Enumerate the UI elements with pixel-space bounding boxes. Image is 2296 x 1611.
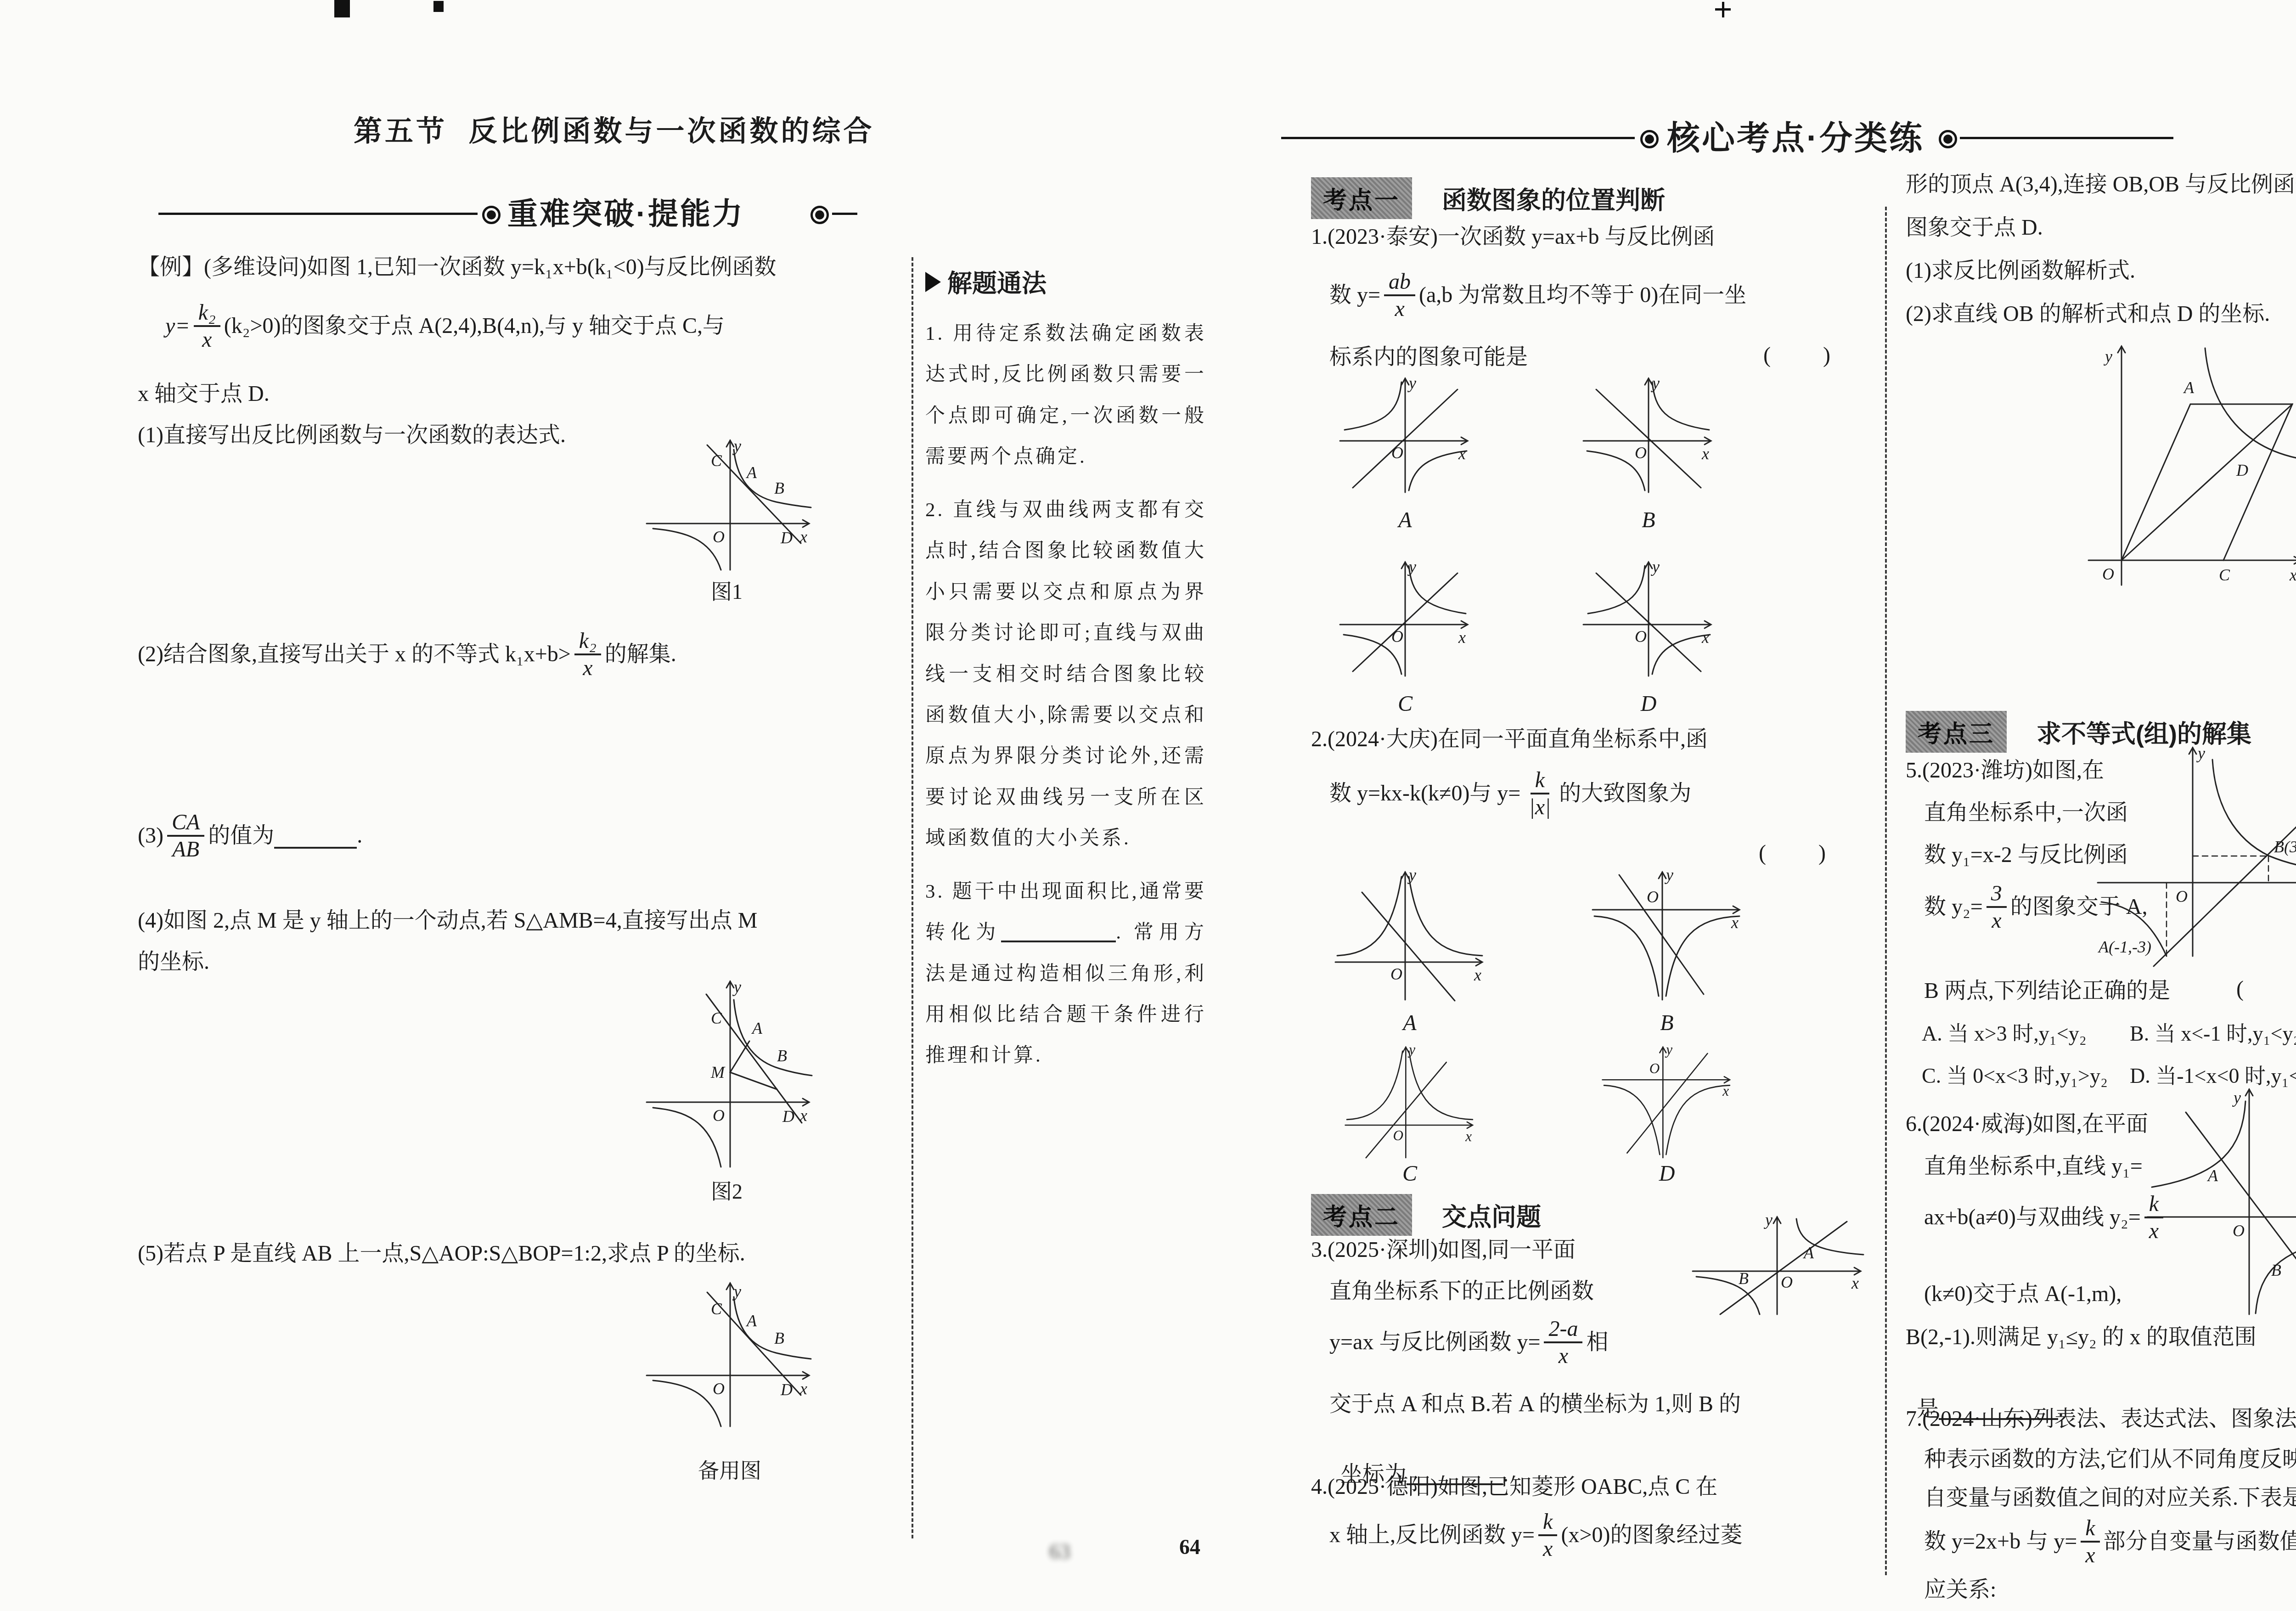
axis-y-label: y bbox=[1665, 1042, 1672, 1058]
scan-mark bbox=[1722, 2, 1724, 17]
problem-3-line: 直角坐标系下的正比例函数 bbox=[1329, 1278, 1594, 1305]
problem-1-answer-paren: ( ) bbox=[1763, 342, 1831, 369]
method-item-3-text-cont: . 常用方法是通过构造相似三角形,利用相似比结合题干条件进行推理和计算. bbox=[925, 922, 1206, 1066]
axis-y-label: y bbox=[732, 437, 741, 455]
topic-badge-2: 考点二 bbox=[1311, 1194, 1412, 1236]
problem-2-line: 数 y=kx-k(k≠0)与 y=k|x|的大致图象为 bbox=[1329, 757, 1691, 830]
math-post: 的大致图象为 bbox=[1559, 780, 1691, 807]
point-d-label: D bbox=[782, 1107, 794, 1126]
p1-option-b-label: B bbox=[1603, 507, 1694, 533]
answer-blank bbox=[274, 823, 357, 849]
example-question-3: (3)CAAB的值为. bbox=[138, 799, 362, 873]
column-divider bbox=[912, 257, 913, 1538]
band-title-left: 重难突破·提能力 bbox=[507, 195, 744, 233]
p2-option-d-label: D bbox=[1621, 1161, 1713, 1186]
problem-5-option-a: A. 当 x>3 时,y₁<y₂ bbox=[1922, 1020, 2087, 1047]
axis-x-label: x bbox=[1701, 628, 1709, 647]
p2-option-b-label: B bbox=[1621, 1010, 1713, 1036]
axis-y-label: y bbox=[1651, 558, 1660, 576]
p6-figure-graph: y A O x B bbox=[2144, 1079, 2296, 1318]
problem-4-sub-2: (2)求直线 OB 的解析式和点 D 的坐标. bbox=[1906, 300, 2270, 328]
band-ornament-icon bbox=[1640, 130, 1659, 148]
backup-figure-caption: 备用图 bbox=[698, 1454, 761, 1484]
section-title: 第五节 反比例函数与一次函数的综合 bbox=[354, 114, 874, 150]
axis-y-label: y bbox=[1764, 1211, 1773, 1229]
problem-4-line: x 轴上,反比例函数 y=kx(x>0)的图象经过菱 bbox=[1329, 1501, 1742, 1570]
example-line: x 轴交于点 D. bbox=[138, 380, 270, 408]
math-pre: 数 y=2x+b 与 y= bbox=[1924, 1528, 2077, 1555]
figure-2-caption: 图2 bbox=[711, 1175, 743, 1205]
answer-blank bbox=[1001, 917, 1116, 942]
problem-1-line: 标系内的图象可能是 bbox=[1329, 344, 1528, 371]
problem-6-line: (k≠0)交于点 A(-1,m), bbox=[1924, 1280, 2122, 1308]
fraction: kx bbox=[1538, 1509, 1557, 1561]
math-post: 部分自变量与函数值的对 bbox=[2104, 1528, 2296, 1555]
axis-x-label: x bbox=[2289, 566, 2296, 584]
fraction: k₂x bbox=[194, 300, 220, 352]
example-line: y=k₂x(k₂>0)的图象交于点 A(2,4),B(4,n),与 y 轴交于点… bbox=[165, 289, 725, 363]
example-question-4: (4)如图 2,点 M 是 y 轴上的一个动点,若 S△AMB=4,直接写出点 … bbox=[138, 907, 757, 935]
point-c-label: C bbox=[2219, 566, 2230, 584]
point-d-label: D bbox=[780, 1380, 793, 1399]
topic-title-1: 函数图象的位置判断 bbox=[1442, 181, 1665, 216]
axis-y-label: y bbox=[1407, 558, 1416, 576]
math-post: 相 bbox=[1586, 1329, 1608, 1356]
p1-option-a-label: A bbox=[1359, 507, 1451, 533]
q3-period: . bbox=[357, 822, 362, 850]
fraction: abx bbox=[1384, 269, 1415, 321]
axis-y-label: y bbox=[1407, 374, 1416, 392]
fraction: k₂x bbox=[574, 628, 601, 681]
origin-label: O bbox=[2102, 565, 2114, 583]
fraction: k|x| bbox=[1524, 767, 1555, 820]
origin-label: O bbox=[1781, 1273, 1793, 1291]
axis-y-label: y bbox=[732, 1282, 741, 1301]
axis-x-label: x bbox=[1701, 445, 1709, 463]
point-c-label: C bbox=[711, 1009, 722, 1027]
math-pre: 数 y=kx-k(k≠0)与 y= bbox=[1329, 780, 1520, 807]
axis-x-label: x bbox=[1851, 1274, 1859, 1292]
point-b-label: B bbox=[1739, 1269, 1749, 1288]
axis-y-label: y bbox=[1651, 374, 1660, 392]
problem-3-line: y=ax 与反比例函数 y=2-ax相 bbox=[1329, 1308, 1608, 1377]
math-pre: 数 y= bbox=[1329, 282, 1380, 309]
math-pre: y= bbox=[165, 312, 190, 340]
problem-2-line: 2.(2024·大庆)在同一平面直角坐标系中,函 bbox=[1311, 726, 1708, 753]
problem-2-answer-paren: ( ) bbox=[1759, 839, 1827, 867]
point-b-label: B bbox=[2271, 1261, 2281, 1279]
problem-6-line: 直角坐标系中,直线 y₁= bbox=[1924, 1153, 2143, 1180]
problem-5-option-c: C. 当 0<x<3 时,y₁>y₂ bbox=[1922, 1063, 2108, 1089]
method-header: 解题通法 bbox=[925, 264, 1206, 299]
origin-label: O bbox=[1635, 444, 1647, 462]
scan-mark bbox=[433, 1, 444, 12]
point-m-label: M bbox=[710, 1063, 726, 1082]
topic-badge-3: 考点三 bbox=[1906, 711, 2007, 753]
p2-option-c-label: C bbox=[1364, 1161, 1456, 1186]
math-pre: (2)结合图象,直接写出关于 x 的不等式 k₁x+b> bbox=[138, 641, 571, 668]
p2-option-b-graph: y O x bbox=[1589, 866, 1745, 1003]
p3-figure-graph: y A B O x bbox=[1690, 1212, 1869, 1318]
method-item-2: 2. 直线与双曲线两支都有交点时,结合图象比较函数值大小只需要以交点和原点为界限… bbox=[925, 490, 1206, 859]
band-rule-left bbox=[158, 213, 478, 215]
axis-x-label: x bbox=[799, 1380, 807, 1398]
p4-rhombus-figure: y A B D O C x bbox=[2085, 335, 2296, 592]
math-post: (a,b 为常数且均不等于 0)在同一坐 bbox=[1419, 282, 1746, 309]
figure-1-graph: y C A B O D x bbox=[643, 434, 817, 572]
problem-5-line: 5.(2023·潍坊)如图,在 bbox=[1906, 757, 2104, 784]
p1-option-a-graph: y O x bbox=[1336, 372, 1474, 496]
problem-7-line: 数 y=2x+b 与 y=kx部分自变量与函数值的对 bbox=[1924, 1512, 2296, 1572]
p2-option-a-label: A bbox=[1364, 1010, 1456, 1036]
problem-1-line: 1.(2023·泰安)一次函数 y=ax+b 与反比例函 bbox=[1311, 223, 1715, 251]
method-item-3: 3. 题干中出现面积比,通常要转化为. 常用方法是通过构造相似三角形,利用相似比… bbox=[925, 871, 1206, 1076]
p2-option-a-graph: y O x bbox=[1332, 866, 1488, 1003]
point-b-label: B(3,1) bbox=[2274, 838, 2296, 856]
axis-y-label: y bbox=[2232, 1088, 2241, 1107]
p2-option-d-graph: y O x bbox=[1589, 1042, 1745, 1161]
p1-option-d-label: D bbox=[1603, 691, 1694, 716]
origin-label: O bbox=[713, 1106, 725, 1125]
problem-3-line: 3.(2025·深圳)如图,同一平面 bbox=[1311, 1236, 1576, 1264]
math-post: (k₂>0)的图象交于点 A(2,4),B(4,n),与 y 轴交于点 C,与 bbox=[224, 312, 725, 340]
scanned-textbook-spread: { "left_page": { "title": "第五节 反比例函数与一次函… bbox=[0, 0, 2296, 1611]
point-a-label: A bbox=[751, 1019, 763, 1037]
point-a-label: A bbox=[746, 463, 757, 482]
origin-label: O bbox=[1391, 627, 1403, 646]
math-pre: ax+b(a≠0)与双曲线 y₂= bbox=[1924, 1204, 2141, 1231]
origin-label: O bbox=[1635, 627, 1647, 646]
q3-suffix: 的值为 bbox=[208, 822, 274, 850]
math-post: 的解集. bbox=[605, 641, 676, 668]
point-d-label: D bbox=[780, 529, 793, 547]
band-ornament-icon bbox=[482, 206, 501, 224]
point-a-label: A(-1,-3) bbox=[2098, 938, 2151, 956]
point-a-label: A bbox=[2183, 378, 2195, 397]
axis-y-label: y bbox=[2196, 744, 2205, 762]
problem-3-line: 交于点 A 和点 B.若 A 的横坐标为 1,则 B 的 bbox=[1329, 1391, 1741, 1418]
axis-y-label: y bbox=[732, 978, 741, 996]
point-a-label: A bbox=[2207, 1166, 2218, 1185]
p1-option-d-graph: y O x bbox=[1580, 556, 1717, 680]
point-c-label: C bbox=[711, 451, 722, 470]
problem-6-line: B(2,-1).则满足 y₁≤y₂ 的 x 的取值范围 bbox=[1906, 1324, 2257, 1351]
figure-2-graph: y C A M B O D x bbox=[643, 976, 817, 1169]
p1-option-c-graph: y O x bbox=[1336, 556, 1474, 680]
problem-4-cont-line: 形的顶点 A(3,4),连接 OB,OB 与反比例函数 bbox=[1906, 171, 2296, 198]
fraction: 3x bbox=[1986, 881, 2007, 933]
example-question-4-cont: 的坐标. bbox=[138, 948, 209, 976]
origin-label: O bbox=[713, 528, 725, 546]
problem-5-option-b: B. 当 x<-1 时,y₁<y₂ bbox=[2130, 1020, 2296, 1047]
problem-6-line: 6.(2024·威海)如图,在平面 bbox=[1906, 1110, 2148, 1138]
q3-prefix: (3) bbox=[138, 822, 163, 850]
point-c-label: C bbox=[711, 1300, 722, 1318]
math-pre: x 轴上,反比例函数 y= bbox=[1329, 1521, 1535, 1549]
method-header-label: 解题通法 bbox=[947, 264, 1047, 299]
band-ornament-icon bbox=[810, 206, 829, 224]
axis-x-label: x bbox=[1722, 1083, 1729, 1099]
problem-7-line: 种表示函数的方法,它们从不同角度反映了 bbox=[1924, 1446, 2296, 1473]
point-b-label: B bbox=[777, 1047, 787, 1065]
band-title-right: 核心考点·分类练 bbox=[1667, 118, 1924, 159]
backup-figure-graph: y C A B O D x bbox=[643, 1277, 817, 1428]
origin-label: O bbox=[1647, 888, 1659, 906]
p1-option-c-label: C bbox=[1359, 691, 1451, 716]
problem-6-line: ax+b(a≠0)与双曲线 y₂=kx bbox=[1924, 1183, 2167, 1252]
axis-y-label: y bbox=[1665, 866, 1673, 884]
point-b-label: B bbox=[774, 479, 784, 497]
topic-title-2: 交点问题 bbox=[1442, 1198, 1541, 1233]
band-rule-right bbox=[1281, 137, 1635, 139]
example-line: 【例】(多维设问)如图 1,已知一次函数 y=k₁x+b(k₁<0)与反比例函数 bbox=[138, 253, 777, 281]
origin-label: O bbox=[1391, 444, 1403, 462]
axis-y-label: y bbox=[1407, 866, 1416, 884]
origin-label: O bbox=[1649, 1060, 1660, 1076]
axis-x-label: x bbox=[1458, 445, 1466, 463]
p1-option-b-graph: y O x bbox=[1580, 372, 1717, 496]
column-divider bbox=[1885, 207, 1887, 1575]
axis-y-label: y bbox=[1407, 1042, 1415, 1058]
origin-label: O bbox=[2233, 1222, 2245, 1240]
origin-label: O bbox=[2176, 887, 2188, 906]
page-number-right: 64 bbox=[1179, 1535, 1200, 1559]
math-pre: y=ax 与反比例函数 y= bbox=[1329, 1329, 1540, 1356]
axis-x-label: x bbox=[799, 528, 807, 546]
point-a-label: A bbox=[1803, 1244, 1814, 1262]
axis-x-label: x bbox=[1465, 1128, 1472, 1144]
page-number-left: 63 bbox=[1049, 1539, 1070, 1564]
problem-4-sub-1: (1)求反比例函数解析式. bbox=[1906, 257, 2135, 285]
origin-label: O bbox=[1390, 965, 1402, 983]
problem-7-line: 7.(2024·山东)列表法、表达式法、图象法是三 bbox=[1906, 1405, 2296, 1433]
problem-1-line: 数 y=abx(a,b 为常数且均不等于 0)在同一坐 bbox=[1329, 261, 1746, 330]
example-question-1: (1)直接写出反比例函数与一次函数的表达式. bbox=[138, 422, 566, 449]
fraction: 2-ax bbox=[1544, 1316, 1582, 1369]
problem-7-line: 应关系: bbox=[1924, 1576, 1996, 1604]
problem-5-line: B 两点,下列结论正确的是 bbox=[1924, 977, 2170, 1005]
math-post: (x>0)的图象经过菱 bbox=[1561, 1521, 1742, 1549]
example-question-2: (2)结合图象,直接写出关于 x 的不等式 k₁x+b>k₂x的解集. bbox=[138, 618, 676, 691]
band-ornament-icon bbox=[1939, 130, 1957, 148]
axis-x-label: x bbox=[799, 1106, 807, 1125]
origin-label: O bbox=[713, 1380, 725, 1398]
origin-label: O bbox=[1393, 1127, 1404, 1143]
axis-x-label: x bbox=[1458, 628, 1466, 647]
fraction: kx bbox=[2081, 1515, 2099, 1568]
band-rule-right-2 bbox=[1960, 137, 2173, 139]
p2-option-c-graph: y O x bbox=[1332, 1042, 1488, 1161]
axis-x-label: x bbox=[1474, 966, 1481, 984]
topic-badge-1: 考点一 bbox=[1311, 177, 1412, 219]
axis-y-label: y bbox=[2104, 347, 2112, 366]
triangle-bullet-icon bbox=[925, 272, 941, 292]
fraction: CAAB bbox=[167, 810, 204, 862]
point-b-label: B bbox=[774, 1329, 784, 1347]
scan-mark bbox=[334, 0, 350, 17]
band-rule-left-2 bbox=[832, 213, 857, 215]
example-question-5: (5)若点 P 是直线 AB 上一点,S△AOP:S△BOP=1:2,求点 P … bbox=[138, 1240, 745, 1267]
problem-7-line: 自变量与函数值之间的对应关系.下表是函 bbox=[1924, 1484, 2296, 1512]
figure-1-caption: 图1 bbox=[711, 575, 743, 605]
method-item-1: 1. 用待定系数法确定函数表达式时,反比例函数只需要一个点即可确定,一次函数一般… bbox=[925, 313, 1206, 478]
math-pre: 数 y₂= bbox=[1924, 893, 1983, 921]
problem-5-answer-paren: ( ) bbox=[2236, 975, 2296, 1003]
point-a-label: A bbox=[746, 1312, 757, 1330]
axis-x-label: x bbox=[1731, 913, 1739, 932]
problem-4-line: 4.(2025·德阳)如图,已知菱形 OABC,点 C 在 bbox=[1311, 1473, 1717, 1501]
method-sidebar: 解题通法 1. 用待定系数法确定函数表达式时,反比例函数只需要一个点即可确定,一… bbox=[925, 264, 1206, 1088]
problem-4-cont-line: 图象交于点 D. bbox=[1906, 214, 2043, 242]
p5-figure-graph: y B(3,1) O x A(-1,-3) bbox=[2094, 740, 2296, 970]
point-d-label: D bbox=[2236, 461, 2248, 479]
